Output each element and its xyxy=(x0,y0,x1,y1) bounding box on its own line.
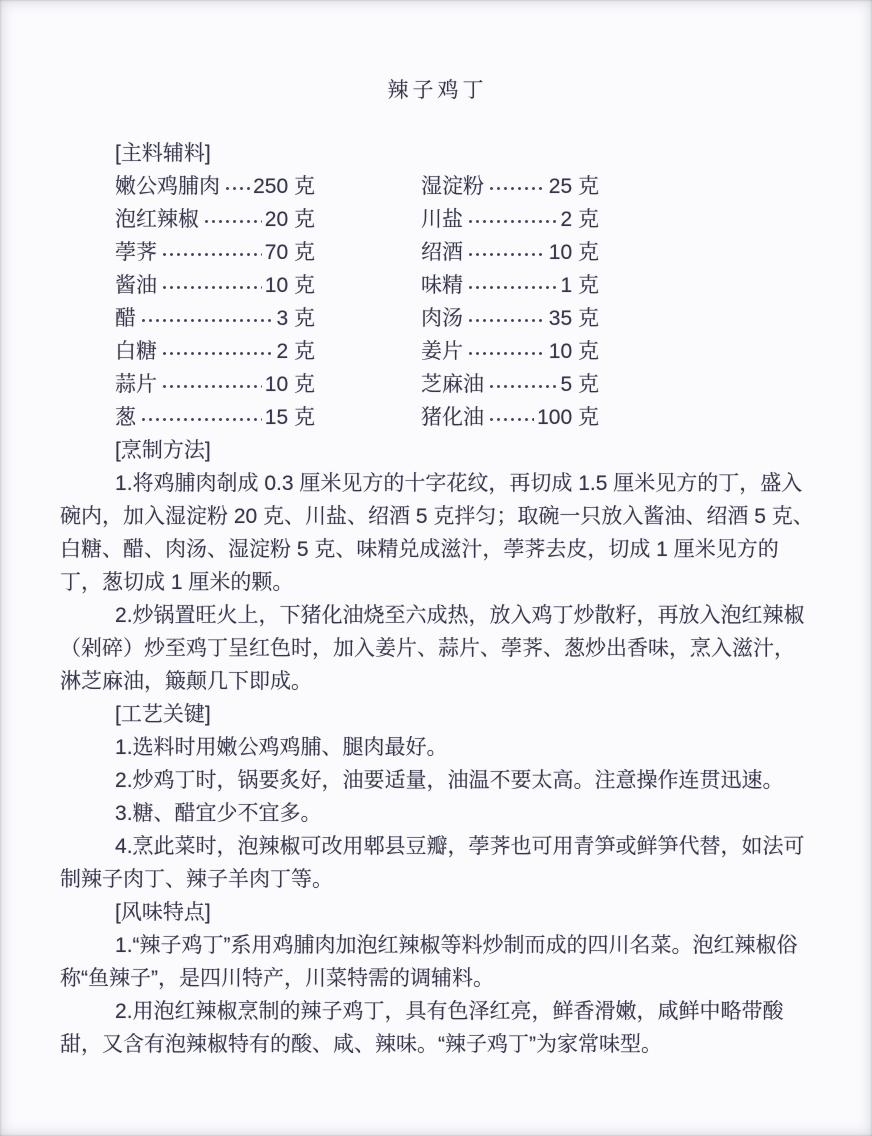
ingredient-amount: 100 克 xyxy=(537,401,599,434)
ingredients-list: 嫩公鸡脯肉250 克 湿淀粉25 克 泡红辣椒20 克 川盐2 克 荸荠70 克… xyxy=(115,170,815,434)
ingredient-item: 嫩公鸡脯肉250 克 xyxy=(115,170,315,203)
method-header: [烹制方法] xyxy=(60,434,815,467)
ingredient-name: 湿淀粉 xyxy=(421,170,484,203)
section-method: [烹制方法] 1.将鸡脯肉剞成 0.3 厘米见方的十字花纹，再切成 1.5 厘米… xyxy=(60,434,815,698)
ingredient-row: 白糖2 克 姜片10 克 xyxy=(115,335,815,368)
ingredient-row: 荸荠70 克 绍酒10 克 xyxy=(115,236,815,269)
technique-item: 4.烹此菜时，泡辣椒可改用郫县豆瓣，荸荠也可用青笋或鲜笋代替，如法可制辣子肉丁、… xyxy=(60,830,815,896)
ingredient-item: 肉汤35 克 xyxy=(421,302,599,335)
ingredient-item: 醋3 克 xyxy=(115,302,315,335)
ingredient-row: 蒜片10 克 芝麻油5 克 xyxy=(115,368,815,401)
flavor-paragraph: 1.“辣子鸡丁”系用鸡脯肉加泡红辣椒等料炒制而成的四川名菜。泡红辣椒俗称“鱼辣子… xyxy=(60,929,815,995)
section-technique: [工艺关键] 1.选料时用嫩公鸡鸡脯、腿肉最好。 2.炒鸡丁时，锅要炙好，油要适… xyxy=(60,698,815,896)
leader-dots xyxy=(487,170,546,203)
ingredient-item: 葱15 克 xyxy=(115,401,315,434)
technique-item: 3.糖、醋宜少不宜多。 xyxy=(60,797,815,830)
flavor-header: [风味特点] xyxy=(60,896,815,929)
technique-header: [工艺关键] xyxy=(60,698,815,731)
ingredient-name: 醋 xyxy=(115,302,136,335)
ingredient-item: 蒜片10 克 xyxy=(115,368,315,401)
ingredient-item: 姜片10 克 xyxy=(421,335,599,368)
ingredient-name: 蒜片 xyxy=(115,368,157,401)
leader-dots xyxy=(160,269,262,302)
ingredient-amount: 20 克 xyxy=(265,203,315,236)
leader-dots xyxy=(466,335,546,368)
leader-dots xyxy=(487,368,557,401)
ingredient-amount: 2 克 xyxy=(276,335,315,368)
ingredient-name: 芝麻油 xyxy=(421,368,484,401)
ingredient-name: 荸荠 xyxy=(115,236,157,269)
ingredient-amount: 1 克 xyxy=(560,269,599,302)
section-ingredients: [主料辅料] 嫩公鸡脯肉250 克 湿淀粉25 克 泡红辣椒20 克 川盐2 克… xyxy=(60,137,815,434)
scanned-recipe-page: 辣子鸡丁 [主料辅料] 嫩公鸡脯肉250 克 湿淀粉25 克 泡红辣椒20 克 … xyxy=(0,0,872,1136)
page-title: 辣子鸡丁 xyxy=(60,74,815,107)
ingredient-name: 白糖 xyxy=(115,335,157,368)
ingredient-name: 葱 xyxy=(115,401,136,434)
method-step: 1.将鸡脯肉剞成 0.3 厘米见方的十字花纹，再切成 1.5 厘米见方的丁，盛入… xyxy=(60,467,815,599)
ingredient-name: 绍酒 xyxy=(421,236,463,269)
ingredient-name: 味精 xyxy=(421,269,463,302)
ingredient-amount: 3 克 xyxy=(276,302,315,335)
method-step: 2.炒锅置旺火上，下猪化油烧至六成热，放入鸡丁炒散籽，再放入泡红辣椒（剁碎）炒至… xyxy=(60,599,815,698)
leader-dots xyxy=(139,401,262,434)
leader-dots xyxy=(160,335,273,368)
leader-dots xyxy=(487,401,534,434)
ingredient-item: 白糖2 克 xyxy=(115,335,315,368)
technique-item: 2.炒鸡丁时，锅要炙好，油要适量，油温不要太高。注意操作连贯迅速。 xyxy=(60,764,815,797)
ingredient-item: 湿淀粉25 克 xyxy=(421,170,599,203)
ingredient-item: 芝麻油5 克 xyxy=(421,368,599,401)
ingredient-item: 猪化油100 克 xyxy=(421,401,599,434)
ingredient-name: 嫩公鸡脯肉 xyxy=(115,170,220,203)
ingredient-amount: 10 克 xyxy=(265,269,315,302)
ingredient-row: 酱油10 克 味精1 克 xyxy=(115,269,815,302)
ingredient-amount: 2 克 xyxy=(560,203,599,236)
ingredient-item: 泡红辣椒20 克 xyxy=(115,203,315,236)
leader-dots xyxy=(202,203,262,236)
ingredient-amount: 25 克 xyxy=(549,170,599,203)
ingredients-header: [主料辅料] xyxy=(60,137,815,170)
ingredient-amount: 15 克 xyxy=(265,401,315,434)
leader-dots xyxy=(466,236,546,269)
flavor-paragraph: 2.用泡红辣椒烹制的辣子鸡丁，具有色泽红亮，鲜香滑嫩，咸鲜中略带酸甜，又含有泡辣… xyxy=(60,995,815,1061)
ingredient-amount: 250 克 xyxy=(253,170,315,203)
ingredient-row: 泡红辣椒20 克 川盐2 克 xyxy=(115,203,815,236)
ingredient-name: 川盐 xyxy=(421,203,463,236)
leader-dots xyxy=(466,269,557,302)
ingredient-amount: 35 克 xyxy=(549,302,599,335)
ingredient-row: 醋3 克 肉汤35 克 xyxy=(115,302,815,335)
ingredient-amount: 70 克 xyxy=(265,236,315,269)
ingredient-item: 酱油10 克 xyxy=(115,269,315,302)
leader-dots xyxy=(466,302,546,335)
ingredient-amount: 10 克 xyxy=(265,368,315,401)
ingredient-row: 葱15 克 猪化油100 克 xyxy=(115,401,815,434)
ingredient-item: 川盐2 克 xyxy=(421,203,599,236)
ingredient-item: 绍酒10 克 xyxy=(421,236,599,269)
page-content: 辣子鸡丁 [主料辅料] 嫩公鸡脯肉250 克 湿淀粉25 克 泡红辣椒20 克 … xyxy=(0,0,872,1061)
ingredient-name: 肉汤 xyxy=(421,302,463,335)
section-flavor: [风味特点] 1.“辣子鸡丁”系用鸡脯肉加泡红辣椒等料炒制而成的四川名菜。泡红辣… xyxy=(60,896,815,1061)
leader-dots xyxy=(160,368,262,401)
ingredient-name: 姜片 xyxy=(421,335,463,368)
ingredient-name: 猪化油 xyxy=(421,401,484,434)
ingredient-item: 荸荠70 克 xyxy=(115,236,315,269)
ingredient-amount: 10 克 xyxy=(549,236,599,269)
ingredient-amount: 5 克 xyxy=(560,368,599,401)
leader-dots xyxy=(466,203,557,236)
ingredient-name: 泡红辣椒 xyxy=(115,203,199,236)
ingredient-amount: 10 克 xyxy=(549,335,599,368)
ingredient-row: 嫩公鸡脯肉250 克 湿淀粉25 克 xyxy=(115,170,815,203)
leader-dots xyxy=(139,302,273,335)
leader-dots xyxy=(160,236,262,269)
ingredient-name: 酱油 xyxy=(115,269,157,302)
ingredient-item: 味精1 克 xyxy=(421,269,599,302)
leader-dots xyxy=(223,170,250,203)
technique-item: 1.选料时用嫩公鸡鸡脯、腿肉最好。 xyxy=(60,731,815,764)
